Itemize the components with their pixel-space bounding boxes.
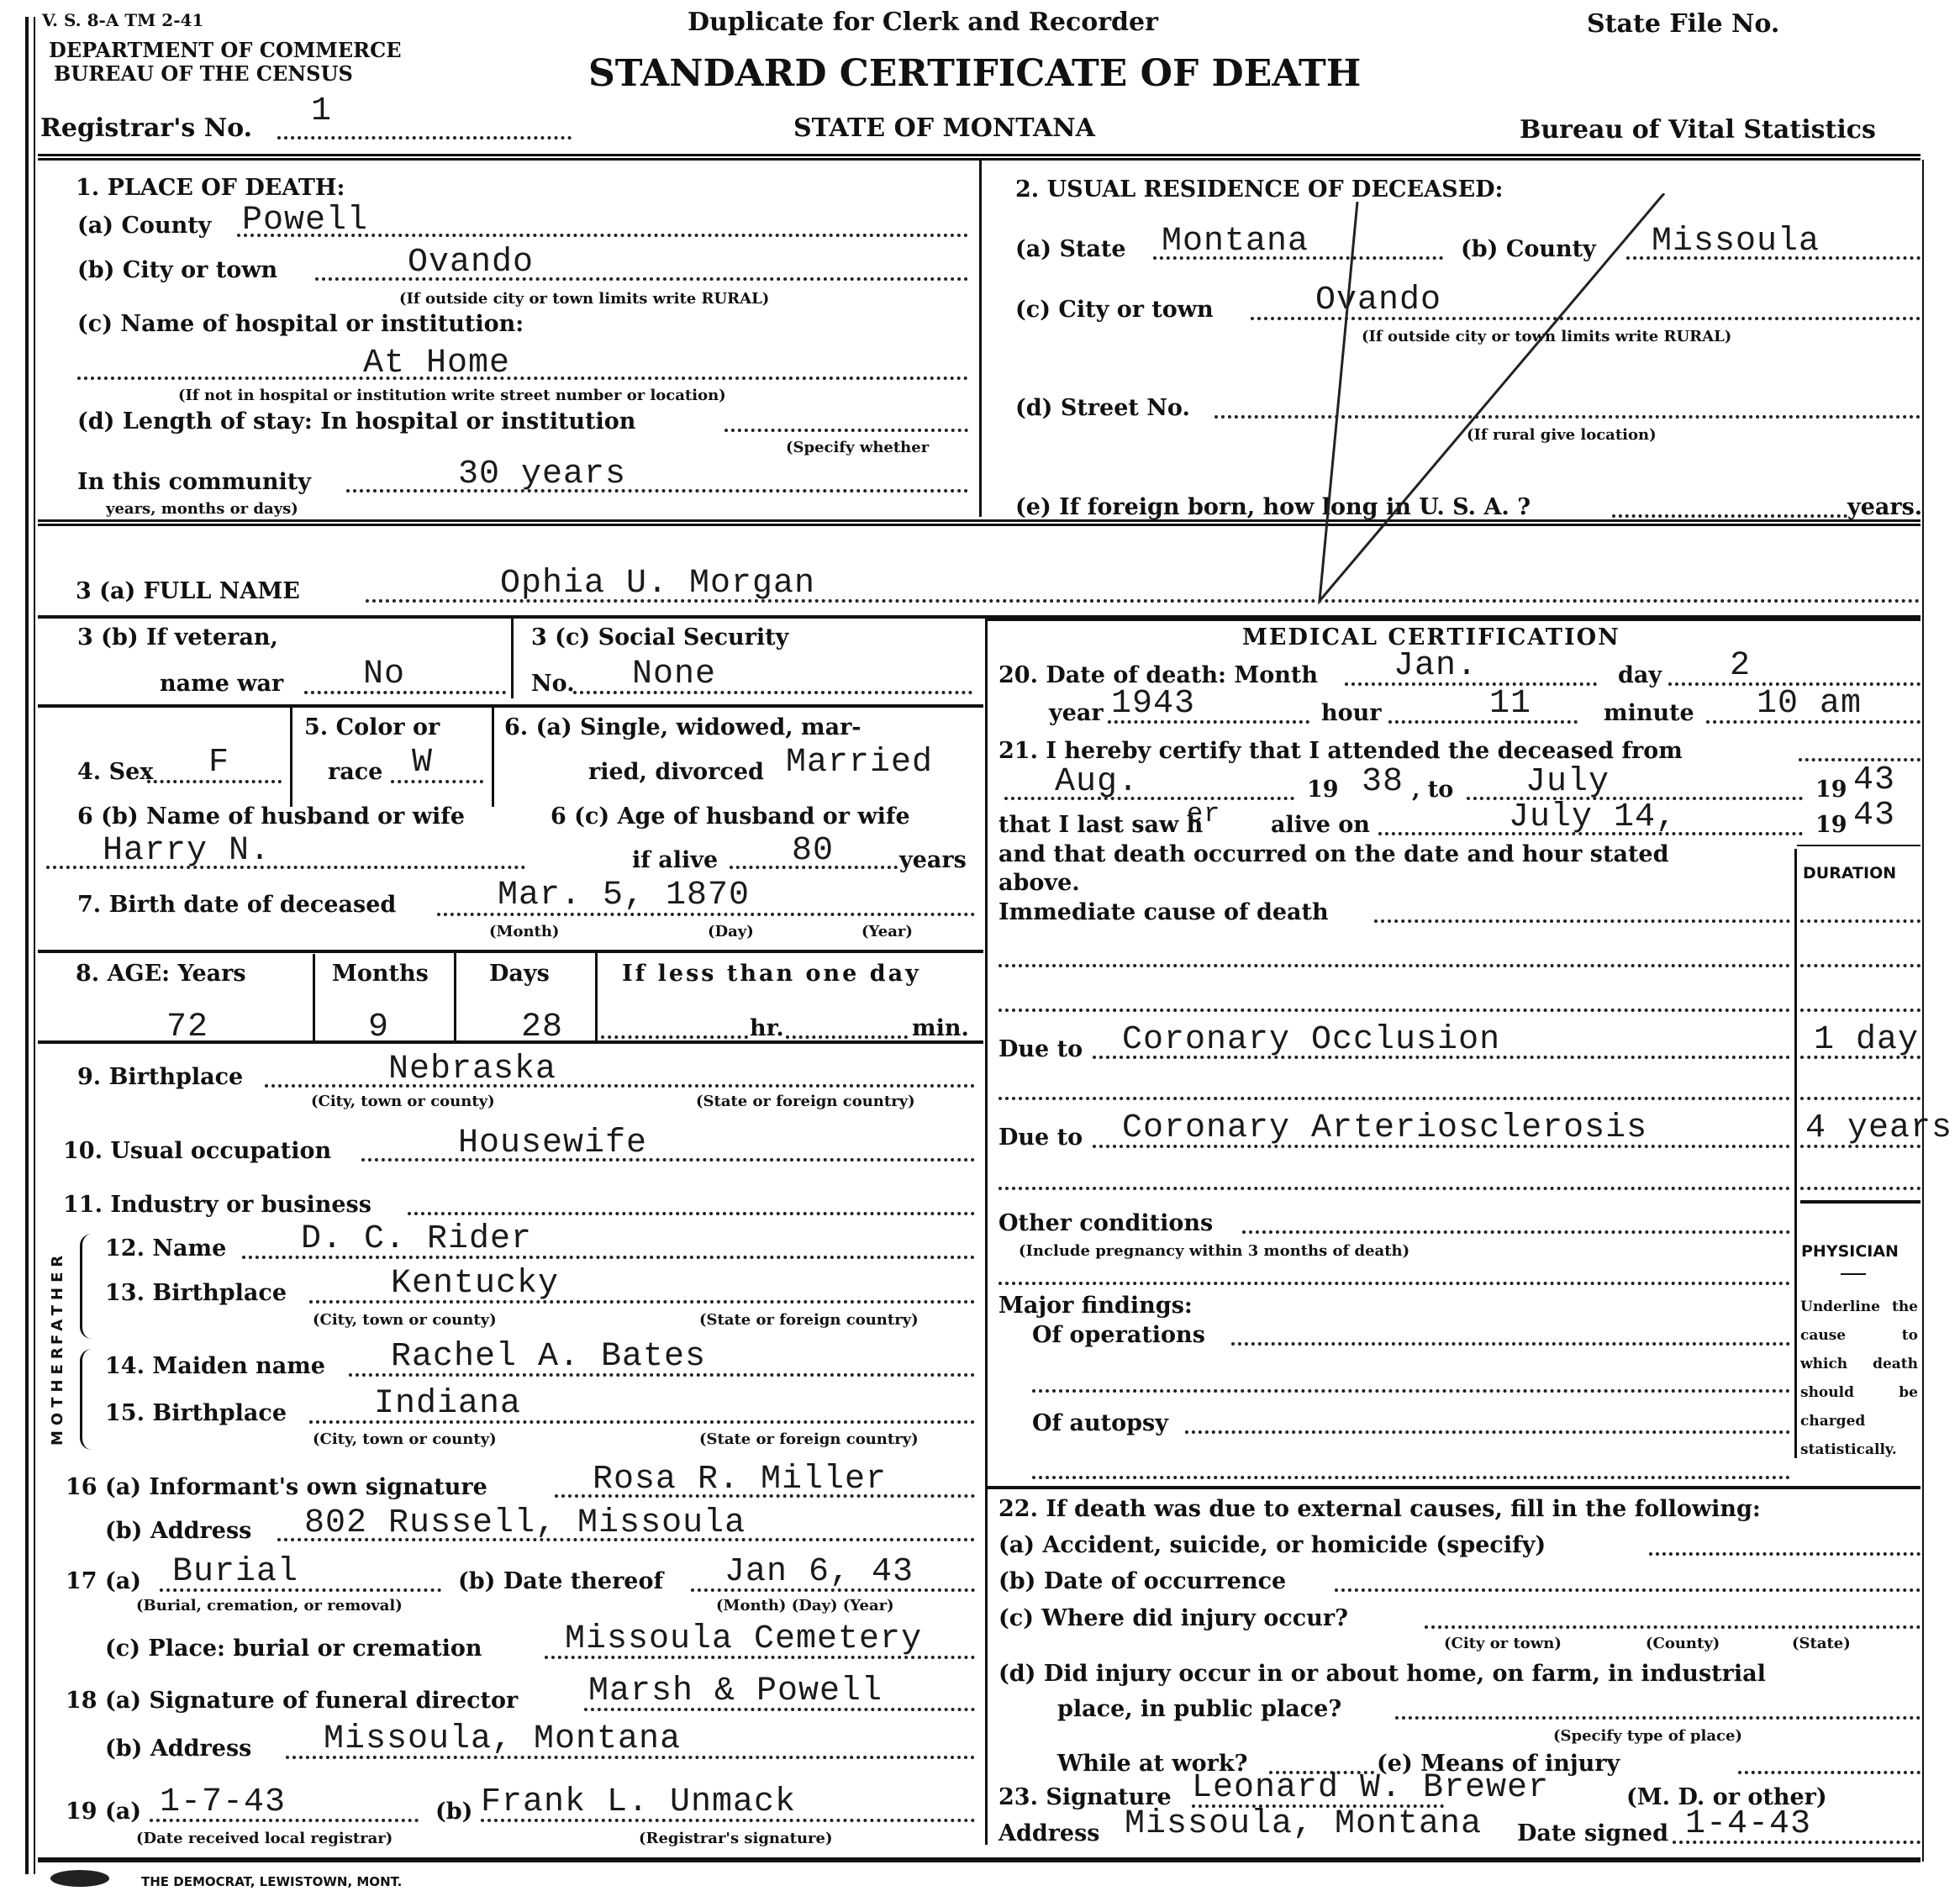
full-name-label: 3 (a) FULL NAME [76,580,300,603]
age-less-label: If less than one day [622,962,921,985]
occupation-label: 10. Usual occupation [63,1140,331,1162]
accident-label: (a) Accident, suicide, or homicide (spec… [998,1534,1546,1557]
occurred-label-2: above. [998,872,1080,894]
birthplace-label: 9. Birthplace [77,1066,243,1088]
sex-value[interactable]: F [208,744,229,782]
mother-state-note: (State or foreign country) [699,1430,919,1448]
father-name-value[interactable]: D. C. Rider [301,1220,532,1258]
occupation-value[interactable]: Housewife [458,1125,647,1162]
specify-note: (Specify whether [786,439,929,456]
community-note: years, months or days) [106,500,298,518]
autopsy-line-2 [1032,1476,1790,1479]
medical-top-rule [985,618,1920,621]
bureau: BUREAU OF THE CENSUS [54,64,353,84]
death-minute-label: minute [1604,702,1694,724]
director-address-label: (b) Address [105,1737,251,1760]
ssn-value[interactable]: None [632,656,716,693]
to-month-value[interactable]: July [1525,763,1610,801]
certify-label: 21. I hereby certify that I attended the… [998,740,1683,762]
death-city-note: (If outside city or town limits write RU… [399,290,769,308]
place-of-death-heading: 1. PLACE OF DEATH: [76,176,345,199]
duration-value-2[interactable]: 4 years [1805,1109,1952,1147]
race-label-1: 5. Color or [304,716,440,739]
to-year-value[interactable]: 43 [1853,761,1895,799]
death-day-label: day [1618,664,1662,687]
received-label: 19 (a) [66,1800,141,1823]
duration-heading: DURATION [1803,864,1896,882]
last-saw-pronoun[interactable]: er [1187,798,1220,830]
birth-day-note: (Day) [708,923,754,940]
left-border [25,17,29,1874]
informant-sig-value[interactable]: Rosa R. Miller [593,1461,887,1499]
where-line [1425,1625,1920,1629]
home-label-1: (d) Did injury occur in or about home, o… [998,1662,1766,1685]
spouse-age-value[interactable]: 80 [792,832,834,870]
printer-logo-icon [50,1870,109,1887]
rule [38,704,983,708]
birthplace-value[interactable]: Nebraska [388,1051,556,1088]
mother-birth-value[interactable]: Indiana [374,1385,521,1423]
birth-label: 7. Birth date of deceased [77,893,396,916]
other-conditions-line-2 [998,1282,1790,1285]
spouse-age-suffix: years [899,849,967,872]
death-city-label: (b) City or town [77,259,277,282]
registrar-no-line [277,136,572,140]
birth-year-note: (Year) [861,923,913,940]
date-signed-value[interactable]: 1-4-43 [1685,1805,1811,1843]
other-conditions-line [1242,1230,1790,1234]
father-city-note: (City, town or county) [313,1311,497,1329]
death-year-label: year [1049,702,1104,724]
informant-address-label: (b) Address [105,1520,251,1542]
father-name-label: 12. Name [105,1237,226,1260]
hr-line [601,1035,748,1039]
res-street-label: (d) Street No. [1015,397,1190,419]
date-signed-label: Date signed [1517,1822,1668,1845]
stay-label: (d) Length of stay: In hospital or insti… [77,410,635,433]
occurrence-line [1335,1588,1920,1592]
burial-place-value[interactable]: Missoula Cemetery [565,1620,922,1658]
marital-value[interactable]: Married [786,744,933,782]
physician-heading: PHYSICIAN [1801,1242,1899,1261]
rule [38,1040,983,1044]
death-month-label: 20. Date of death: Month [998,664,1318,687]
from-month-line [1004,797,1294,800]
where-city-note: (City or town) [1444,1635,1562,1652]
cause-duration-line-7 [1800,1187,1920,1190]
mother-name-label: 14. Maiden name [105,1355,325,1377]
father-state-note: (State or foreign country) [699,1311,919,1329]
hospital-label: (c) Name of hospital or institution: [77,313,524,335]
disposal-label: 17 (a) [66,1570,141,1593]
ssn-label-1: 3 (c) Social Security [531,626,788,649]
operations-label: Of operations [1032,1324,1205,1346]
other-conditions-label: Other conditions [998,1212,1213,1235]
veteran-value[interactable]: No [363,656,405,693]
rule [38,950,983,953]
race-line [391,780,483,783]
divider [454,950,456,1042]
disposal-date-label: (b) Date thereof [458,1570,663,1593]
birthplace-line [265,1084,975,1088]
to-label: , to [1412,778,1453,801]
community-value[interactable]: 30 years [458,456,626,493]
spouse-age-prefix: if alive [632,849,718,872]
alive-label: alive on [1271,814,1370,836]
from-year-value[interactable]: 38 [1362,763,1404,801]
hospital-line [77,377,968,380]
marital-label-1: 6. (a) Single, widowed, mar- [504,716,861,739]
mother-city-note: (City, town or county) [313,1430,497,1448]
cause-duration-line-3 [1800,1009,1920,1012]
other-conditions-note: (Include pregnancy within 3 months of de… [1019,1242,1409,1260]
industry-label: 11. Industry or business [63,1193,371,1216]
divider [492,706,494,807]
left-border-inner [34,17,35,1874]
min-line [786,1035,908,1039]
home-label-2: place, in public place? [1057,1698,1341,1720]
right-border [1922,160,1924,1862]
major-findings-label: Major findings: [998,1294,1193,1317]
spouse-value[interactable]: Harry N. [103,832,271,870]
director-value[interactable]: Marsh & Powell [588,1672,883,1710]
alive-prefix: 19 [1815,814,1847,836]
death-year-value[interactable]: 1943 [1111,685,1195,723]
burial-place-label: (c) Place: burial or cremation [105,1637,482,1660]
due-to-value-1[interactable]: Coronary Occlusion [1122,1021,1500,1059]
ssn-label-2: No. [531,672,575,695]
home-line [1395,1716,1920,1720]
cause-line-5 [998,1097,1790,1100]
sex-label: 4. Sex [77,761,153,783]
printer-imprint: THE DEMOCRAT, LEWISTOWN, MONT. [141,1874,402,1889]
age-months-label: Months [332,962,429,985]
veteran-label-2: name war [160,672,283,695]
cause-duration-line-2 [1800,964,1920,967]
death-hour-line [1388,720,1578,724]
operations-line [1231,1342,1790,1346]
birthplace-city-note: (City, town or county) [311,1093,495,1110]
res-state-value[interactable]: Montana [1162,223,1309,261]
state-file-label: State File No. [1587,12,1779,37]
disposal-date-note: (Month) (Day) (Year) [716,1597,894,1614]
birthplace-state-note: (State or foreign country) [696,1093,915,1110]
alive-value[interactable]: July 14, [1509,798,1677,836]
age-years-label: 8. AGE: Years [76,962,246,985]
medical-heading: MEDICAL CERTIFICATION [1242,626,1620,649]
state-name: STATE OF MONTANA [793,116,1095,141]
due-to-label-1: Due to [998,1038,1083,1061]
accident-line [1649,1552,1920,1556]
informant-address-value[interactable]: 802 Russell, Missoula [304,1504,746,1542]
community-line [346,489,968,493]
external-rule [985,1486,1920,1489]
registrar-no-label: Registrar's No. [40,116,252,141]
death-city-value[interactable]: Ovando [408,244,534,282]
mother-birth-label: 15. Birthplace [105,1402,287,1425]
vital-stats: Bureau of Vital Statistics [1520,118,1876,143]
father-side-label: FATHER [49,1251,66,1345]
external-heading: 22. If death was due to external causes,… [998,1498,1761,1520]
autopsy-label: Of autopsy [1032,1412,1168,1435]
birth-value[interactable]: Mar. 5, 1870 [498,877,750,914]
res-city-label: (c) City or town [1015,298,1214,321]
immediate-line [1374,919,1790,923]
mother-brace [80,1349,92,1450]
director-label: 18 (a) Signature of funeral director [66,1689,518,1712]
occurred-label-1: and that death occurred on the date and … [998,843,1669,866]
race-label-2: race [328,761,382,783]
death-day-value[interactable]: 2 [1730,647,1751,685]
director-address-value[interactable]: Missoula, Montana [324,1720,681,1758]
check-mark-scribble [1311,193,1748,605]
hospital-note: (If not in hospital or institution write… [178,387,726,404]
mother-name-value[interactable]: Rachel A. Bates [391,1338,706,1376]
disposal-date-value[interactable]: Jan 6, 43 [724,1553,914,1591]
spouse-age-label: 6 (c) Age of husband or wife [551,805,910,828]
local-registrar-note: (Registrar's signature) [639,1830,833,1847]
veteran-label-1: 3 (b) If veteran, [77,626,278,649]
father-birth-label: 13. Birthplace [105,1282,287,1304]
birth-month-note: (Month) [489,923,559,940]
race-value[interactable]: W [412,744,433,782]
death-hour-value[interactable]: 11 [1489,685,1531,723]
physician-sig-value[interactable]: Leonard W. Brewer [1192,1769,1549,1807]
due-to-label-2: Due to [998,1126,1083,1149]
department: DEPARTMENT OF COMMERCE [49,40,402,61]
local-registrar-value[interactable]: Frank L. Unmack [481,1783,796,1821]
divider [511,618,514,698]
page-title: STANDARD CERTIFICATE OF DEATH [588,52,1361,95]
foreign-suffix: years. [1847,496,1922,519]
last-saw-label: that I last saw h [998,814,1203,836]
due-to-value-2[interactable]: Coronary Arteriosclerosis [1122,1109,1647,1147]
cause-line-3 [998,1009,1790,1012]
received-note: (Date received local registrar) [136,1830,393,1847]
industry-line [408,1212,975,1215]
medical-divider [985,618,988,1845]
physician-address-label: Address [998,1822,1100,1845]
form-code: V. S. 8-A TM 2-41 [42,10,203,30]
occupation-line [361,1158,975,1161]
to-prefix: 19 [1815,778,1847,801]
cause-line-7 [998,1187,1790,1190]
spouse-label: 6 (b) Name of husband or wife [77,805,465,828]
divider [290,706,292,807]
from-month-value[interactable]: Aug. [1055,763,1139,801]
cause-duration-line-5 [1800,1097,1920,1100]
alive-year-value[interactable]: 43 [1853,797,1895,835]
duration-bottom-rule [1800,1200,1920,1204]
informant-sig-label: 16 (a) Informant's own signature [66,1476,487,1499]
physician-address-value[interactable]: Missoula, Montana [1125,1805,1482,1843]
duration-top-rule [1797,845,1920,846]
copy-type: Duplicate for Clerk and Recorder [688,10,1158,35]
death-certificate: V. S. 8-A TM 2-41 DEPARTMENT OF COMMERCE… [0,0,1960,1891]
where-state-note: (State) [1792,1635,1851,1652]
disposal-note: (Burial, cremation, or removal) [136,1597,403,1614]
from-prefix: 19 [1307,778,1339,801]
death-minute-value[interactable]: 10 am [1757,685,1862,723]
death-month-value[interactable]: Jan. [1394,647,1478,685]
stay-line [724,429,968,432]
father-brace [80,1234,92,1339]
bottom-rule [38,1857,1920,1862]
death-hour-label: hour [1321,702,1382,724]
hr-label: hr. [750,1017,784,1040]
hospital-value[interactable]: At Home [363,345,510,382]
min-label: min. [912,1017,969,1040]
registrar-no-value[interactable]: 1 [311,92,332,130]
death-county-value[interactable]: Powell [242,202,368,240]
local-registrar-label: (b) [435,1800,472,1823]
means-line [1738,1771,1920,1774]
operations-line-2 [1032,1389,1790,1393]
divider [595,950,598,1042]
mother-side-label: MOTHER [49,1342,66,1446]
marital-label-2: ried, divorced [588,761,764,783]
where-county-note: (County) [1646,1635,1720,1652]
age-days-label: Days [489,962,550,985]
home-note: (Specify type of place) [1553,1727,1742,1745]
full-name-value[interactable]: Ophia U. Morgan [500,565,815,603]
res-state-label: (a) State [1015,238,1126,261]
duration-divider [1794,849,1797,1458]
community-label: In this community [77,471,311,493]
autopsy-line [1185,1430,1790,1434]
disposal-value[interactable]: Burial [172,1553,298,1591]
physician-rule [1841,1273,1866,1275]
where-label: (c) Where did injury occur? [998,1607,1348,1630]
duration-value-1[interactable]: 1 day [1814,1021,1919,1059]
father-birth-value[interactable]: Kentucky [391,1265,559,1303]
cause-line-2 [998,964,1790,967]
physician-note: Underline the cause to which death shoul… [1800,1293,1918,1464]
immediate-label: Immediate cause of death [998,901,1329,924]
occurrence-label: (b) Date of occurrence [998,1570,1286,1593]
immediate-duration-line [1800,919,1920,923]
divider [313,954,315,1042]
death-county-label: (a) County [77,214,211,237]
section-divider [979,160,982,517]
received-value[interactable]: 1-7-43 [160,1783,286,1821]
